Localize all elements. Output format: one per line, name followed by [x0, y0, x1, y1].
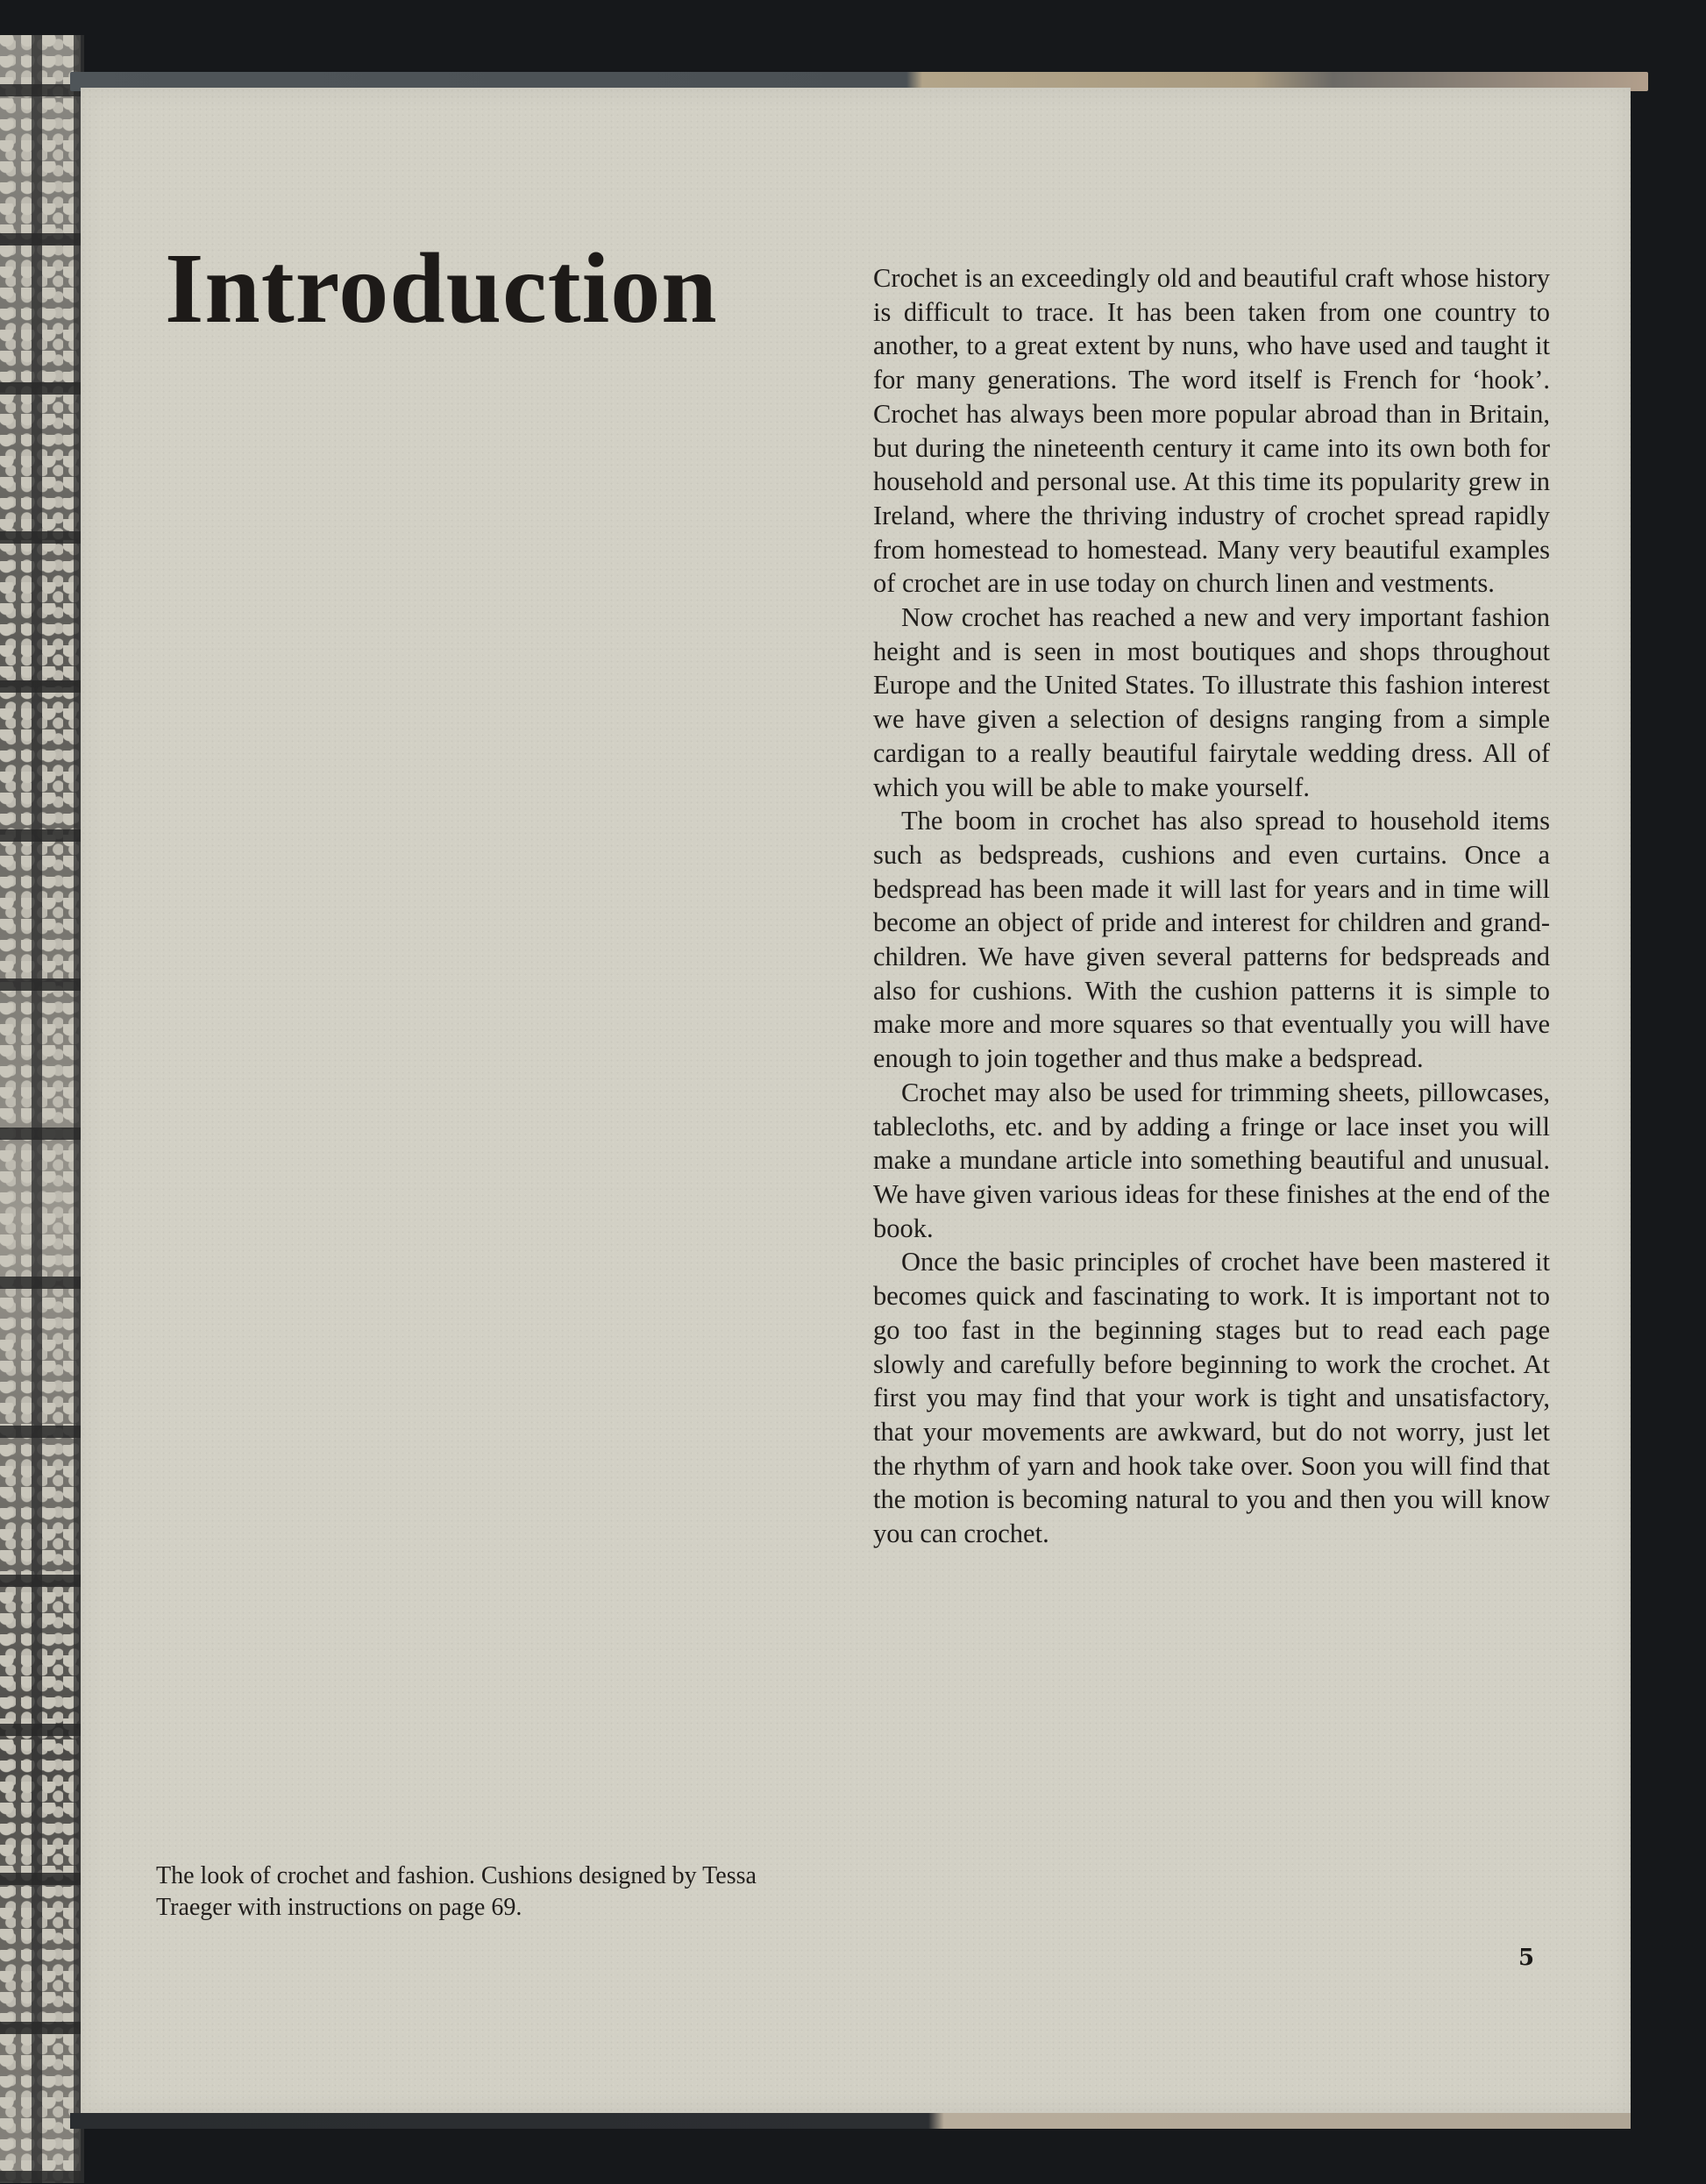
facing-page-photo	[0, 35, 84, 2183]
paragraph: Crochet is an exceedingly old and beauti…	[873, 261, 1550, 601]
paragraph: Crochet may also be used for trimming sh…	[873, 1076, 1550, 1246]
photo-caption: The look of crochet and fashion. Cushion…	[156, 1860, 805, 1924]
page-title: Introduction	[165, 238, 718, 338]
book-page: Introduction Crochet is an exceedingly o…	[81, 88, 1631, 2113]
body-text-column: Crochet is an exceedingly old and beauti…	[873, 261, 1550, 1551]
paragraph: Once the basic principles of crochet hav…	[873, 1245, 1550, 1550]
page-number: 5	[1518, 1945, 1534, 1971]
book-cover-bottom-edge	[70, 2113, 1631, 2129]
paragraph: The boom in crochet has also spread to h…	[873, 804, 1550, 1076]
paragraph: Now crochet has reached a new and very i…	[873, 601, 1550, 804]
